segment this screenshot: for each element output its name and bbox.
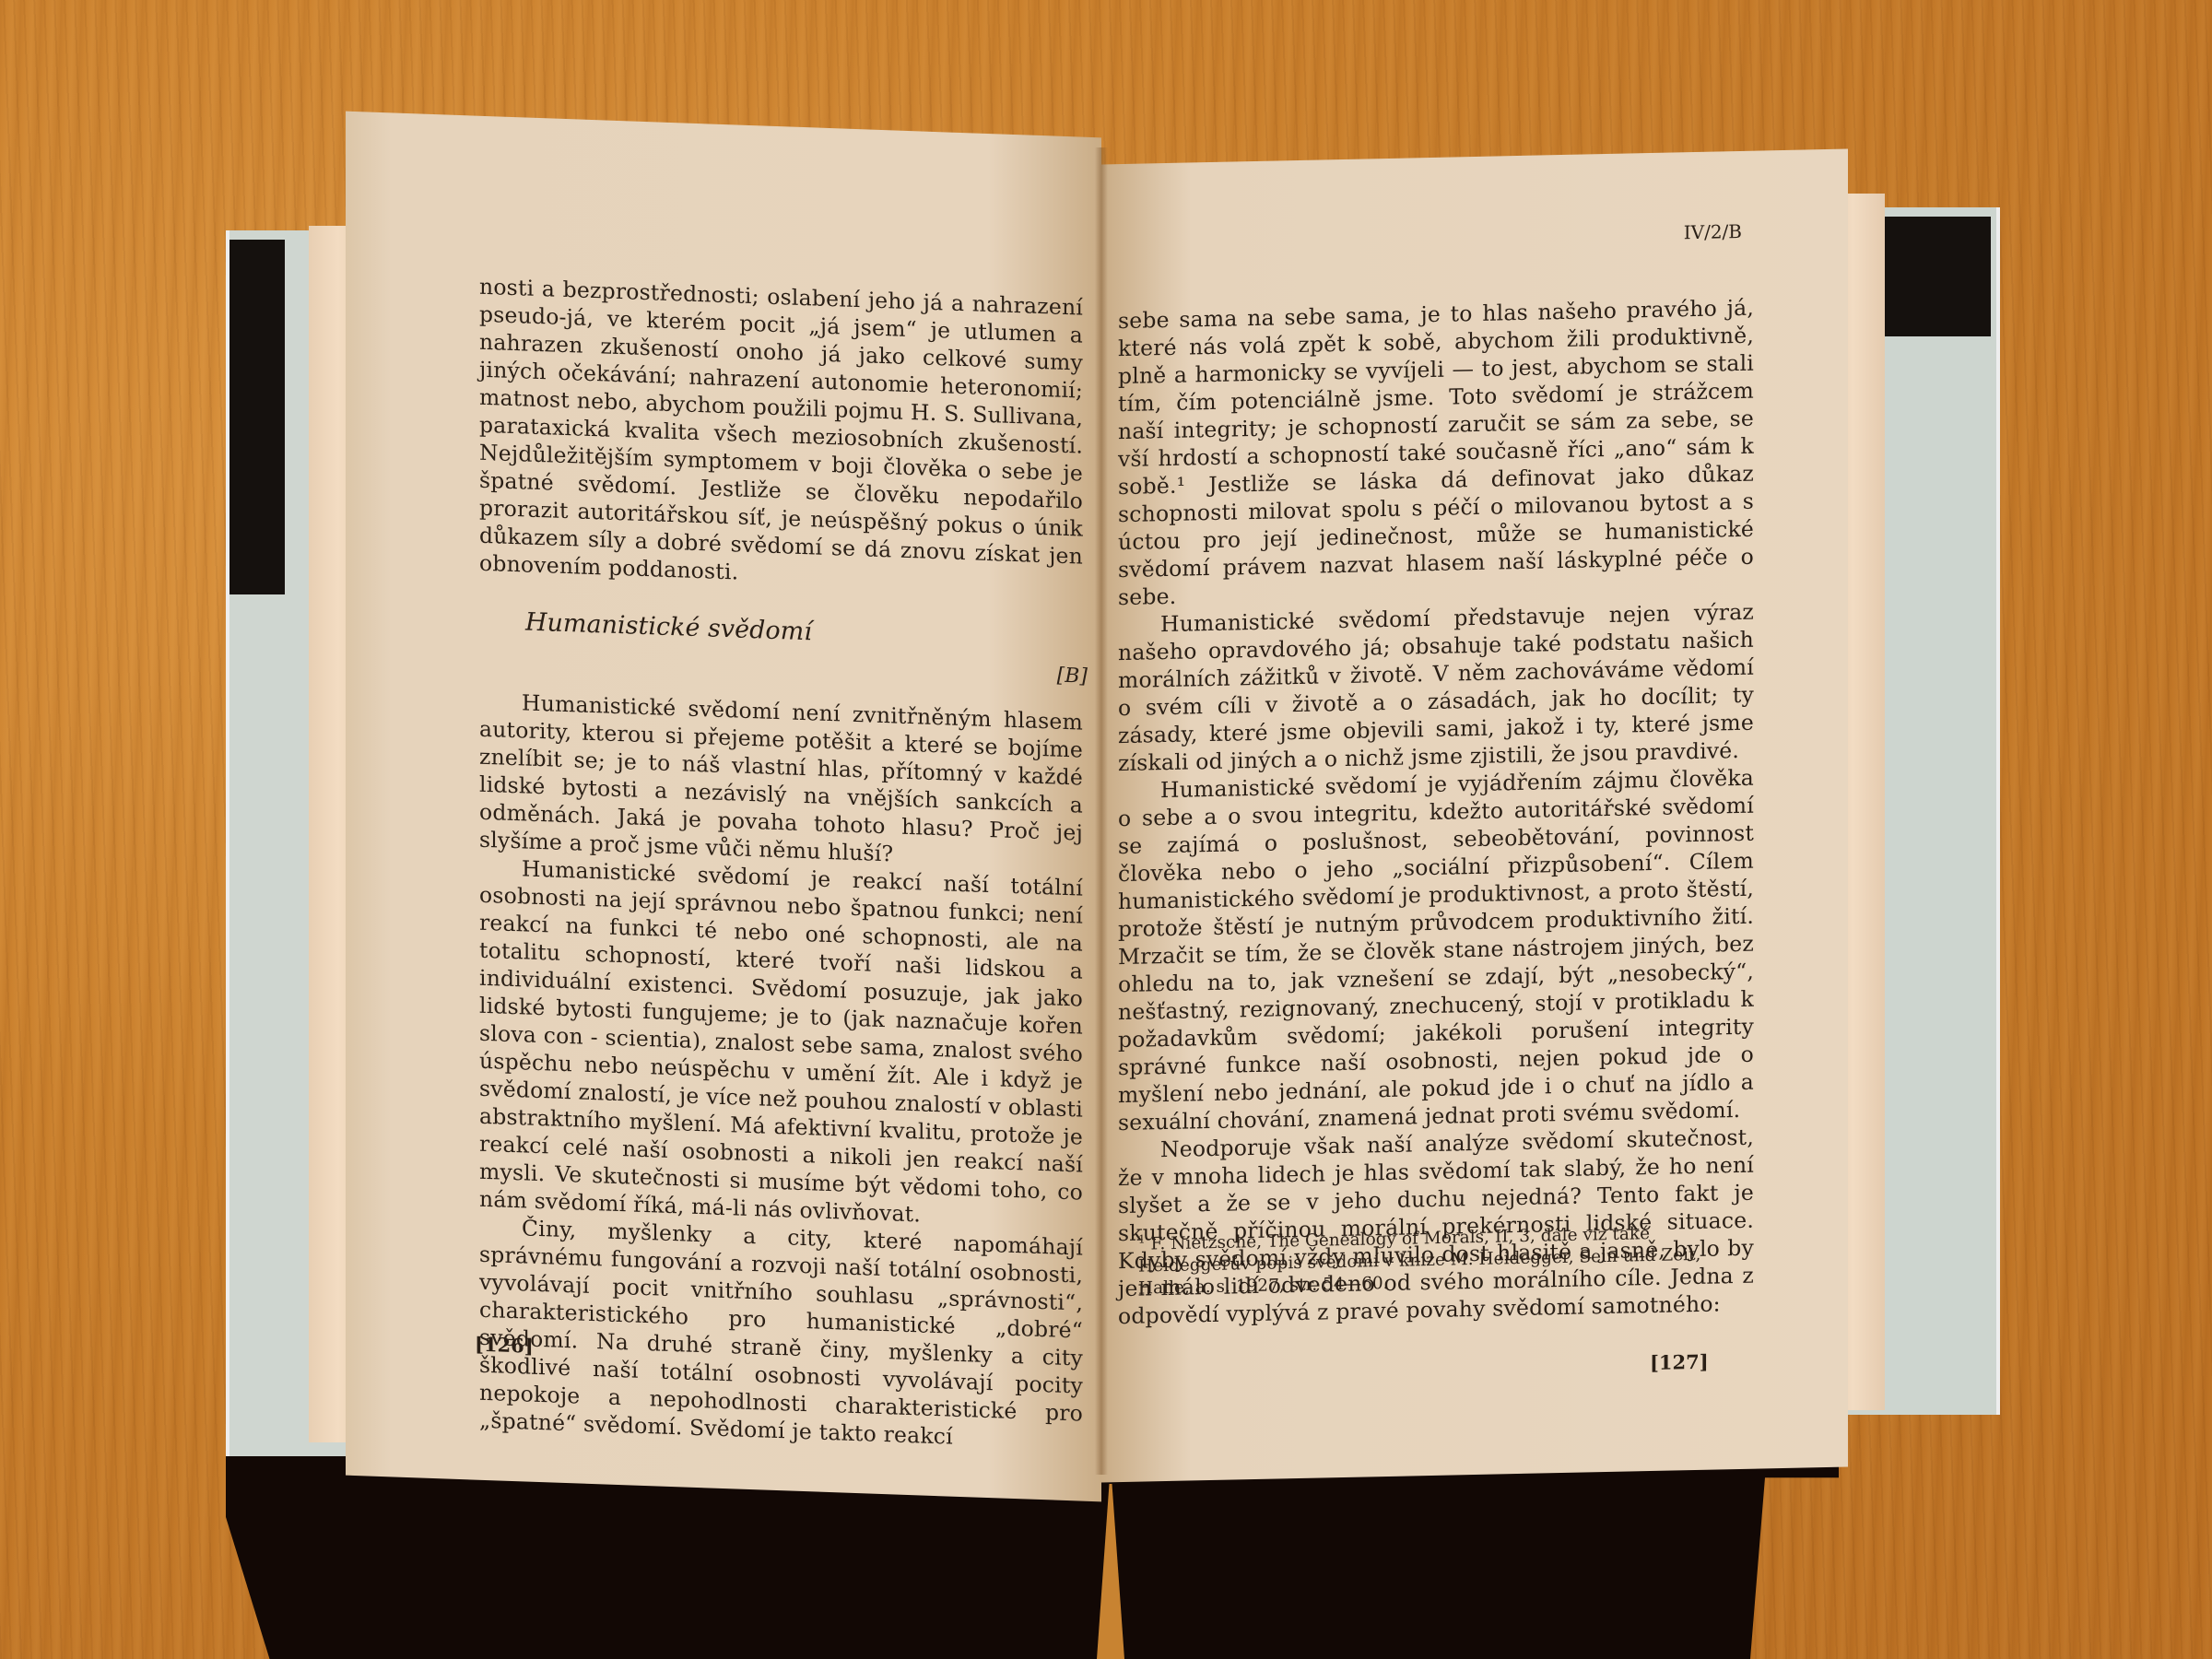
paragraph: sebe sama na sebe sama, je to hlas našeh… <box>1118 294 1754 611</box>
paragraph: Humanistické svědomí není zvnitřněným hl… <box>479 688 1083 875</box>
right-page[interactable]: IV/2/B sebe sama na sebe sama, je to hla… <box>1101 149 1848 1483</box>
footnote-marker: 1 <box>1138 1232 1146 1245</box>
right-body-text: sebe sama na sebe sama, je to hlas našeh… <box>1118 294 1754 1330</box>
footnote: 1 F. Nietzsche, The Genealogy of Morals,… <box>1138 1216 1747 1300</box>
cover-black-band-left <box>229 240 285 594</box>
paragraph: Činy, myšlenky a city, které napomáhají … <box>479 1213 1083 1455</box>
footnote-text: F. Nietzsche, The Genealogy of Morals, I… <box>1138 1224 1700 1299</box>
left-body-text: Humanistické svědomí není zvnitřněným hl… <box>479 688 1083 1455</box>
book-gutter <box>1095 147 1108 1475</box>
paragraph: Humanistické svědomí představuje nejen v… <box>1118 598 1754 777</box>
paragraph: nosti a bezprostřednosti; oslabení jeho … <box>479 273 1083 598</box>
page-number: [127] <box>1650 1350 1709 1374</box>
margin-marker: [B] <box>1057 665 1088 688</box>
page-number: [126] <box>475 1333 534 1358</box>
left-page[interactable]: nosti a bezprostřednosti; oslabení jeho … <box>346 112 1101 1502</box>
paragraph: Humanistické svědomí je vyjádřením zájmu… <box>1118 764 1754 1136</box>
left-top-text: nosti a bezprostřednosti; oslabení jeho … <box>479 273 1083 598</box>
running-head: IV/2/B <box>1684 220 1742 243</box>
paragraph: Humanistické svědomí je reakcí naší totá… <box>479 853 1083 1234</box>
section-heading: Humanistické svědomí <box>525 607 812 646</box>
cover-black-band-right <box>1885 217 1991 336</box>
